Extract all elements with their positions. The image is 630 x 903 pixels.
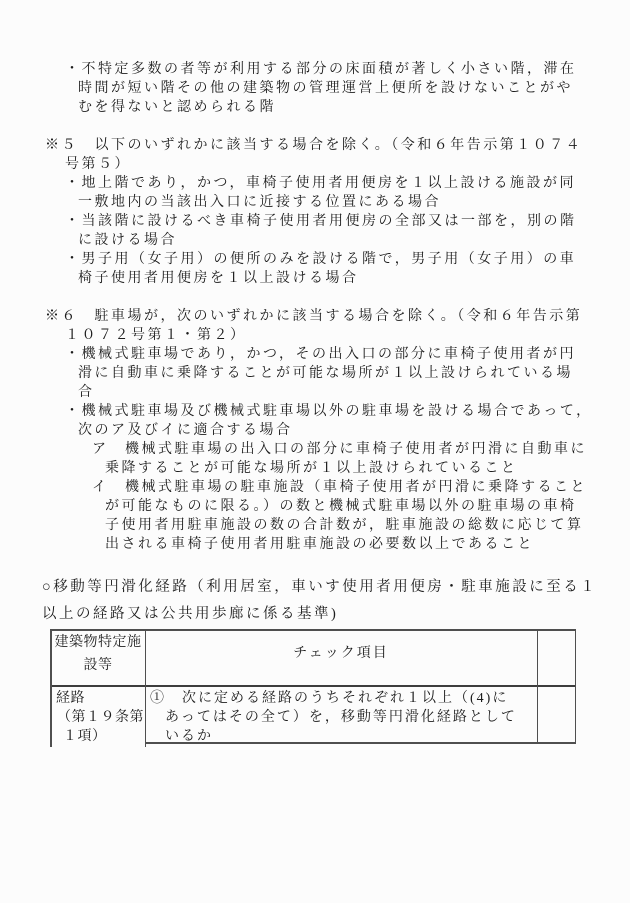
facility-cell-line: 経路 <box>56 690 85 708</box>
body-text-line: 出される車椅子使用者用駐車施設の必要数以上であること <box>0 535 630 554</box>
body-text-line: ・不特定多数の者等が利用する部分の床面積が著しく小さい階，滞在 <box>0 60 630 79</box>
check-item-cell-line: あってはその全て）を，移動等円滑化経路として <box>165 709 517 727</box>
check-result-cell <box>537 690 575 708</box>
facility-cell-line: （第１９条第 <box>57 709 144 727</box>
body-text-line: 一敷地内の当該出入口に近接する位置にある場合 <box>0 193 630 212</box>
check-item-cell-line: いるか <box>165 728 213 746</box>
body-text-line: ・機械式駐車場であり，かつ，その出入口の部分に車椅子使用者が円 <box>0 345 630 364</box>
body-text-line: むを得ないと認められる階 <box>0 98 630 117</box>
body-text-line: ・地上階であり，かつ，車椅子使用者用便房を１以上設ける施設が同 <box>0 174 630 193</box>
body-text-line: に設ける場合 <box>0 231 630 250</box>
body-text-line: 合 <box>0 383 630 402</box>
facility-cell-line: １項） <box>63 728 107 746</box>
table-border-top <box>50 629 576 631</box>
note-6-line: １０７２号第１・第２） <box>0 326 630 345</box>
body-text-block: ・不特定多数の者等が利用する部分の床面積が著しく小さい階，滞在 時間が短い階その… <box>0 60 630 554</box>
body-text-line: 乗降することが可能な場所が１以上設けられていること <box>0 459 630 478</box>
table-header-facility: 設等 <box>50 657 146 675</box>
body-text-line: ・当該階に設けるべき車椅子使用者用便房の全部又は一部を，別の階 <box>0 212 630 231</box>
body-text-line: 子使用者用駐車施設の数の合計数が，駐車施設の総数に応じて算 <box>0 516 630 535</box>
body-text-line: が可能なものに限る。）の数と機械式駐車場以外の駐車場の車椅 <box>0 497 630 516</box>
table-border-right <box>575 629 577 744</box>
body-text-line: ア 機械式駐車場の出入口の部分に車椅子使用者が円滑に自動車に <box>0 440 630 459</box>
table-header-facility: 建築物特定施 <box>50 634 146 652</box>
section-heading-line: ○移動等円滑化経路（利用居室，車いす使用者用便房・駐車施設に至る１ <box>42 577 597 597</box>
section-heading-line: 以上の経路又は公共用歩廊に係る基準) <box>42 604 338 624</box>
document-page: ・不特定多数の者等が利用する部分の床面積が著しく小さい階，滞在 時間が短い階その… <box>0 0 630 903</box>
table-header-divider <box>50 685 576 688</box>
body-text-line: ・機械式駐車場及び機械式駐車場以外の駐車場を設ける場合であって， <box>0 402 630 421</box>
body-text-line: イ 機械式駐車場の駐車施設（車椅子使用者が円滑に乗降すること <box>0 478 630 497</box>
check-item-cell-line: ① 次に定める経路のうちそれぞれ１以上（(4)に <box>150 690 508 708</box>
body-text-line: ・男子用（女子用）の便所のみを設ける階で，男子用（女子用）の車 <box>0 250 630 269</box>
body-text-line: 滑に自動車に乗降することが可能な場所が１以上設けられている場 <box>0 364 630 383</box>
note-5-line: ※５ 以下のいずれかに該当する場合を除く。（令和６年告示第１０７４ <box>0 136 630 155</box>
table-header-check-item: チェック項目 <box>145 645 537 663</box>
body-text-line: 椅子使用者用便房を１以上設ける場合 <box>0 269 630 288</box>
note-5-line: 号第５） <box>0 155 630 174</box>
note-6-line: ※６ 駐車場が，次のいずれかに該当する場合を除く。（令和６年告示第 <box>0 307 630 326</box>
body-text-line: 次のア及びイに適合する場合 <box>0 421 630 440</box>
body-text-line: 時間が短い階その他の建築物の管理運営上便所を設けないことがや <box>0 79 630 98</box>
